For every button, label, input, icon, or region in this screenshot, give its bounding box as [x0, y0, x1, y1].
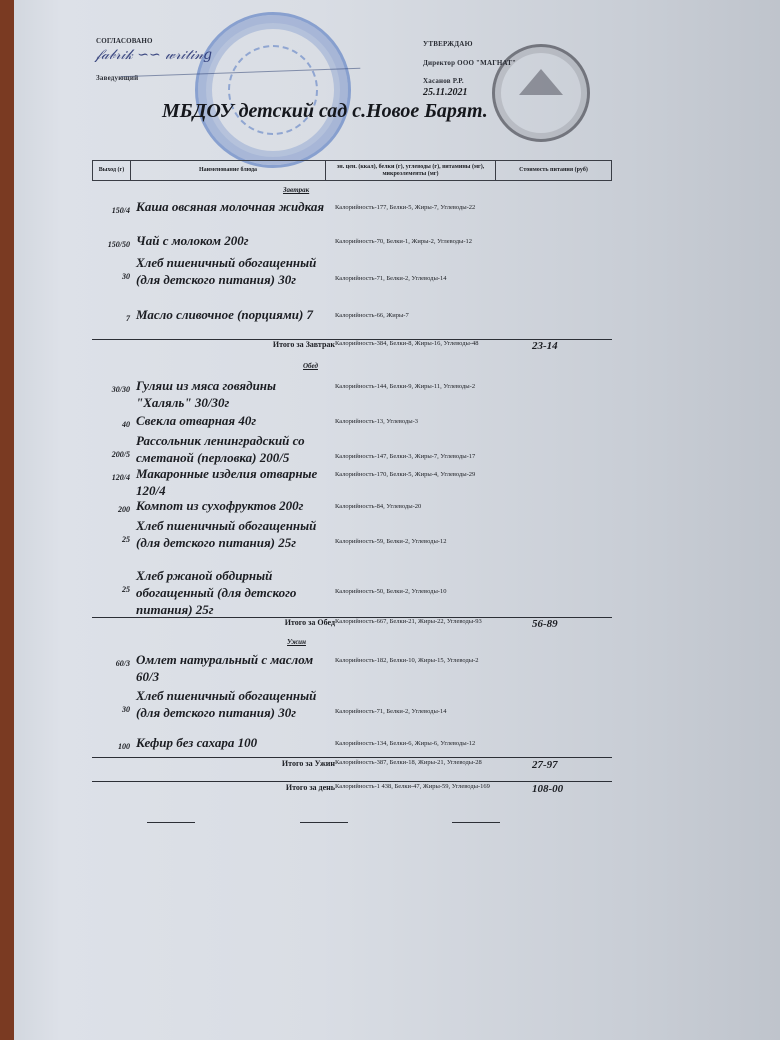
- section-total-label: Итого за Завтрак: [273, 340, 335, 349]
- dish-weight: 60/3: [92, 659, 130, 668]
- dish-weight: 30: [92, 272, 130, 281]
- agreed-label: СОГЛАСОВАНО: [96, 37, 153, 45]
- dish-weight: 25: [92, 535, 130, 544]
- day-total-label: Итого за день: [286, 783, 335, 792]
- day-total-divider: [92, 781, 612, 782]
- document-title: МБДОУ детский сад с.Новое Барят.: [162, 100, 488, 123]
- dish-name: Хлеб ржаной обдирный обогащенный (для де…: [136, 567, 331, 618]
- dish-weight: 40: [92, 420, 130, 429]
- dish-weight: 30: [92, 705, 130, 714]
- dish-nutrition: Калорийность-144, Белки-9, Жиры-11, Угле…: [335, 382, 505, 391]
- dish-nutrition: Калорийность-170, Белки-5, Жиры-4, Углев…: [335, 470, 505, 479]
- signature-blank-1: [147, 822, 195, 823]
- dish-weight: 150/4: [92, 206, 130, 215]
- dish-weight: 200: [92, 505, 130, 514]
- dish-nutrition: Калорийность-147, Белки-3, Жиры-7, Углев…: [335, 452, 505, 461]
- dish-weight: 25: [92, 585, 130, 594]
- section-divider: [92, 757, 612, 758]
- column-header-price: Стоимость питания (руб): [496, 161, 611, 180]
- dish-name: Хлеб пшеничный обогащенный (для детского…: [136, 517, 331, 551]
- dish-nutrition: Калорийность-134, Белки-6, Жиры-6, Углев…: [335, 739, 505, 748]
- dish-nutrition: Калорийность-177, Белки-5, Жиры-7, Углев…: [335, 203, 505, 212]
- dish-nutrition: Калорийность-84, Углеводы-20: [335, 502, 505, 511]
- signature-scrawl: 𝒻𝒶𝒷𝓇𝒾𝓀 ∽∽ 𝓌𝓇𝒾𝓉𝒾𝓃𝑔: [95, 47, 212, 63]
- dish-weight: 120/4: [92, 473, 130, 482]
- column-header-nutrition: эн. цен. (ккал), белки (г), углеводы (г)…: [326, 161, 496, 180]
- dish-nutrition: Калорийность-50, Белки-2, Углеводы-10: [335, 587, 505, 596]
- dish-weight: 100: [92, 742, 130, 751]
- dish-name: Хлеб пшеничный обогащенный (для детского…: [136, 254, 331, 288]
- section-total-nutrition: Калорийность-384, Белки-8, Жиры-16, Угле…: [335, 340, 505, 348]
- day-total-nutrition: Калорийность-1 438, Белки-47, Жиры-59, У…: [335, 783, 505, 791]
- approved-label: УТВЕРЖДАЮ: [423, 40, 473, 48]
- dish-name: Макаронные изделия отварные 120/4: [136, 465, 331, 499]
- section-title: Обед: [303, 362, 318, 370]
- dish-weight: 30/30: [92, 385, 130, 394]
- section-total-price: 23-14: [532, 340, 558, 352]
- dish-name: Свекла отварная 40г: [136, 412, 331, 429]
- dish-nutrition: Калорийность-13, Углеводы-3: [335, 417, 505, 426]
- round-stamp-blue: [195, 12, 351, 168]
- dish-name: Каша овсяная молочная жидкая: [136, 198, 331, 215]
- dish-name: Рассольник ленинградский со сметаной (пе…: [136, 432, 331, 466]
- signature-blank-3: [452, 822, 500, 823]
- signature-blank-2: [300, 822, 348, 823]
- table-header: Выход (г) Наименование блюда эн. цен. (к…: [92, 160, 612, 181]
- dish-nutrition: Калорийность-182, Белки-10, Жиры-15, Угл…: [335, 656, 505, 665]
- mountain-logo-icon: [519, 69, 563, 95]
- menu-document-page: [14, 0, 780, 1040]
- section-total-nutrition: Калорийность-387, Белки-18, Жиры-21, Угл…: [335, 759, 505, 767]
- section-total-label: Итого за Ужин: [282, 759, 335, 768]
- dish-weight: 150/50: [92, 240, 130, 249]
- dish-nutrition: Калорийность-71, Белки-2, Углеводы-14: [335, 274, 505, 283]
- dish-nutrition: Калорийность-66, Жиры-7: [335, 311, 505, 320]
- approved-name: Хасанов Р.Р.: [423, 77, 464, 85]
- agreed-role: Заведующий: [96, 74, 138, 82]
- dish-name: Чай с молоком 200г: [136, 232, 331, 249]
- dish-name: Компот из сухофруктов 200г: [136, 497, 331, 514]
- approved-date: 25.11.2021: [423, 87, 467, 98]
- dish-name: Гуляш из мяса говядины "Халяль" 30/30г: [136, 377, 331, 411]
- approved-position: Директор ООО "МАГНАТ": [423, 59, 516, 67]
- section-total-label: Итого за Обед: [285, 618, 335, 627]
- section-total-price: 27-97: [532, 759, 558, 771]
- section-total-price: 56-89: [532, 618, 558, 630]
- dish-name: Омлет натуральный с маслом 60/3: [136, 651, 331, 685]
- dish-nutrition: Калорийность-70, Белки-1, Жиры-2, Углево…: [335, 237, 505, 246]
- column-header-dish: Наименование блюда: [131, 161, 326, 180]
- dish-name: Масло сливочное (порциями) 7: [136, 306, 331, 323]
- dish-name: Хлеб пшеничный обогащенный (для детского…: [136, 687, 331, 721]
- column-header-weight: Выход (г): [93, 161, 131, 180]
- dish-nutrition: Калорийность-59, Белки-2, Углеводы-12: [335, 537, 505, 546]
- dish-nutrition: Калорийность-71, Белки-2, Углеводы-14: [335, 707, 505, 716]
- day-total-price: 108-00: [532, 783, 563, 795]
- dish-weight: 7: [92, 314, 130, 323]
- section-total-nutrition: Калорийность-667, Белки-21, Жиры-22, Угл…: [335, 618, 505, 626]
- section-title: Ужин: [287, 638, 306, 646]
- section-title: Завтрак: [283, 186, 309, 194]
- dish-name: Кефир без сахара 100: [136, 734, 331, 751]
- dish-weight: 200/5: [92, 450, 130, 459]
